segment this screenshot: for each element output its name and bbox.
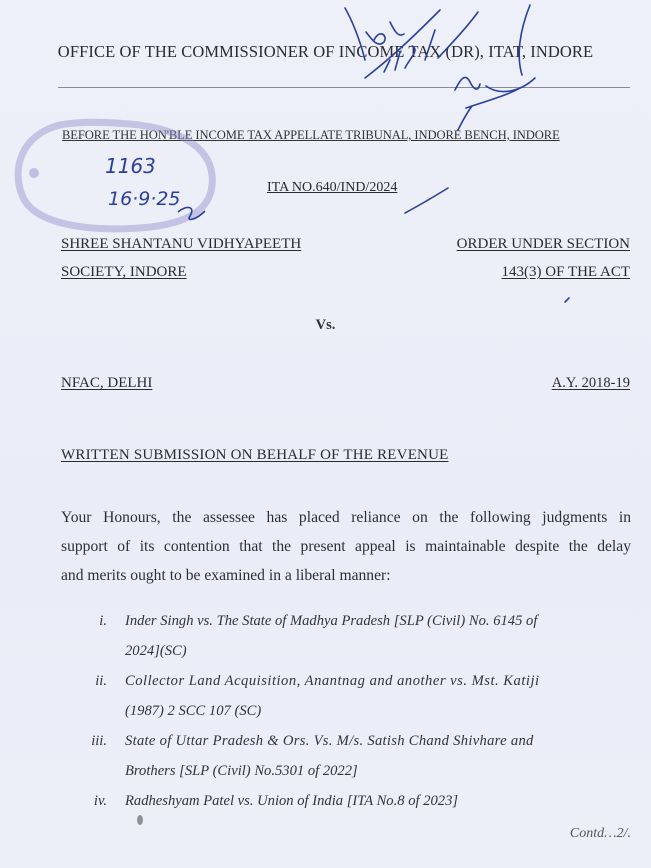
- appellant-name-line1: SHREE SHANTANU VIDHYAPEETH: [61, 236, 301, 253]
- assessment-year: A.Y. 2018-19: [552, 375, 630, 392]
- stamp-number-handwriting: 1163: [105, 154, 156, 178]
- judgment-text: Brothers [SLP (Civil) No.5301 of 2022]: [125, 763, 358, 780]
- appellant-name-line2: SOCIETY, INDORE: [61, 264, 187, 281]
- judgment-text: Collector Land Acquisition, Anantnag and…: [125, 673, 540, 690]
- intro-line: support of its contention that the prese…: [61, 532, 631, 561]
- tribunal-bench-line: BEFORE THE HON'BLE INCOME TAX APPELLATE …: [62, 128, 560, 143]
- versus-label: Vs.: [0, 317, 651, 334]
- order-reference-line2: 143(3) OF THE ACT: [502, 264, 630, 281]
- judgment-text: Radheshyam Patel vs. Union of India [ITA…: [125, 793, 458, 810]
- judgment-text: State of Uttar Pradesh & Ors. Vs. M/s. S…: [125, 733, 534, 750]
- judgment-text: 2024](SC): [125, 643, 187, 660]
- stamp-date-handwriting: 16·9·25: [108, 188, 181, 210]
- judgment-text: (1987) 2 SCC 107 (SC): [125, 703, 261, 720]
- judgment-number: iv.: [67, 793, 107, 810]
- intro-line: and merits ought to be examined in a lib…: [61, 561, 631, 590]
- intro-paragraph: Your Honours, the assessee has placed re…: [61, 503, 631, 590]
- respondent-name: NFAC, DELHI: [61, 375, 152, 392]
- judgment-number: iii.: [67, 733, 107, 750]
- document-page: OFFICE OF THE COMMISSIONER OF INCOME TAX…: [0, 0, 651, 868]
- judgment-number: ii.: [67, 673, 107, 690]
- continued-note: Contd…2/.: [570, 826, 631, 842]
- intro-line: Your Honours, the assessee has placed re…: [61, 503, 631, 532]
- order-reference-line1: ORDER UNDER SECTION: [457, 236, 630, 253]
- ita-number: ITA NO.640/IND/2024: [267, 180, 397, 196]
- submission-title: WRITTEN SUBMISSION ON BEHALF OF THE REVE…: [61, 447, 449, 464]
- office-header: OFFICE OF THE COMMISSIONER OF INCOME TAX…: [0, 42, 651, 62]
- header-divider: [58, 87, 630, 88]
- judgment-text: Inder Singh vs. The State of Madhya Prad…: [125, 613, 537, 630]
- judgment-number: i.: [67, 613, 107, 630]
